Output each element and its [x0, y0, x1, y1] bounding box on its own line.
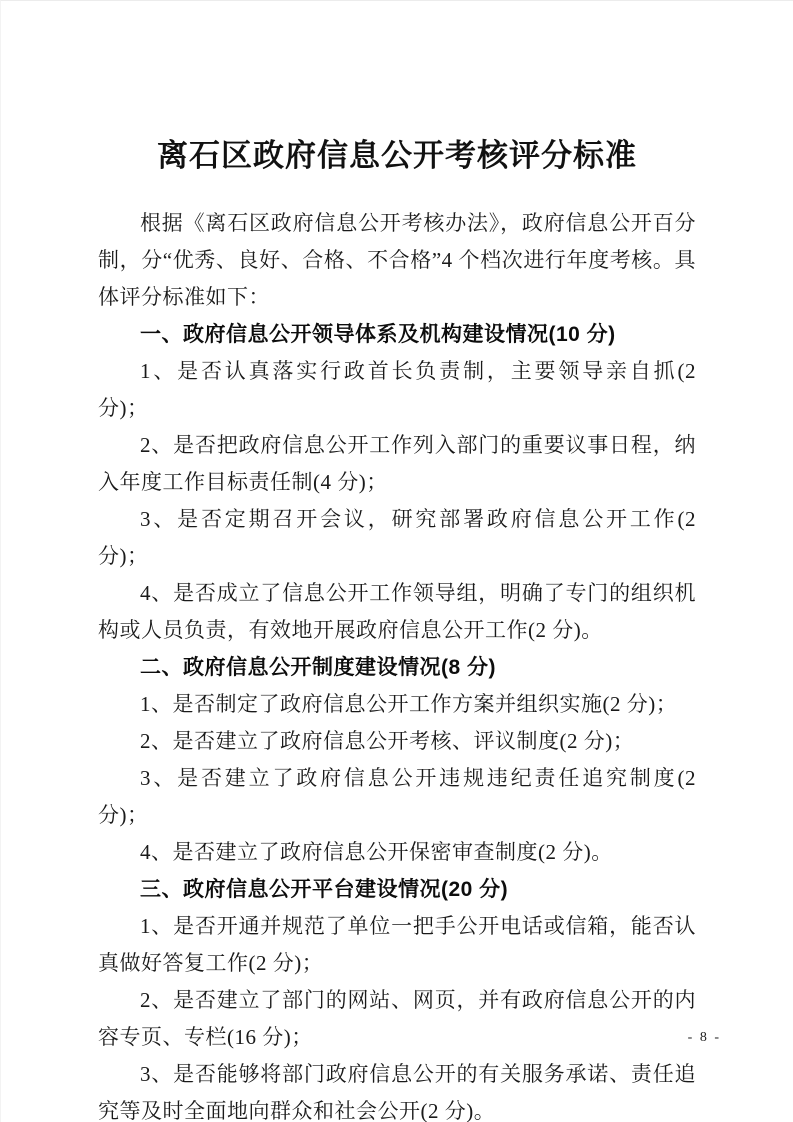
document-body: 根据《离石区政府信息公开考核办法》，政府信息公开百分制，分“优秀、良好、合格、不…	[98, 205, 696, 1122]
document-title: 离石区政府信息公开考核评分标准	[98, 137, 696, 175]
section-1-item-4: 4、是否成立了信息公开工作领导组，明确了专门的组织机构或人员负责，有效地开展政府…	[98, 575, 696, 649]
section-1-item-3: 3、是否定期召开会议，研究部署政府信息公开工作(2 分)；	[98, 501, 696, 575]
section-2-item-3: 3、是否建立了政府信息公开违规违纪责任追究制度(2 分)；	[98, 760, 696, 834]
section-2-item-2: 2、是否建立了政府信息公开考核、评议制度(2 分)；	[98, 723, 696, 760]
section-2-item-4: 4、是否建立了政府信息公开保密审查制度(2 分)。	[98, 834, 696, 871]
section-3-item-3: 3、是否能够将部门政府信息公开的有关服务承诺、责任追究等及时全面地向群众和社会公…	[98, 1056, 696, 1122]
document-page: 离石区政府信息公开考核评分标准 根据《离石区政府信息公开考核办法》，政府信息公开…	[0, 0, 793, 1122]
section-1-heading: 一、政府信息公开领导体系及机构建设情况(10 分)	[98, 316, 696, 353]
section-3-heading: 三、政府信息公开平台建设情况(20 分)	[98, 871, 696, 908]
section-1-item-1: 1、是否认真落实行政首长负责制，主要领导亲自抓(2 分)；	[98, 353, 696, 427]
page-number: - 8 -	[688, 1030, 721, 1046]
intro-paragraph: 根据《离石区政府信息公开考核办法》，政府信息公开百分制，分“优秀、良好、合格、不…	[98, 205, 696, 316]
section-1-item-2: 2、是否把政府信息公开工作列入部门的重要议事日程，纳入年度工作目标责任制(4 分…	[98, 427, 696, 501]
section-3-item-1: 1、是否开通并规范了单位一把手公开电话或信箱，能否认真做好答复工作(2 分)；	[98, 908, 696, 982]
section-2-heading: 二、政府信息公开制度建设情况(8 分)	[98, 649, 696, 686]
section-2-item-1: 1、是否制定了政府信息公开工作方案并组织实施(2 分)；	[98, 686, 696, 723]
section-3-item-2: 2、是否建立了部门的网站、网页，并有政府信息公开的内容专页、专栏(16 分)；	[98, 982, 696, 1056]
